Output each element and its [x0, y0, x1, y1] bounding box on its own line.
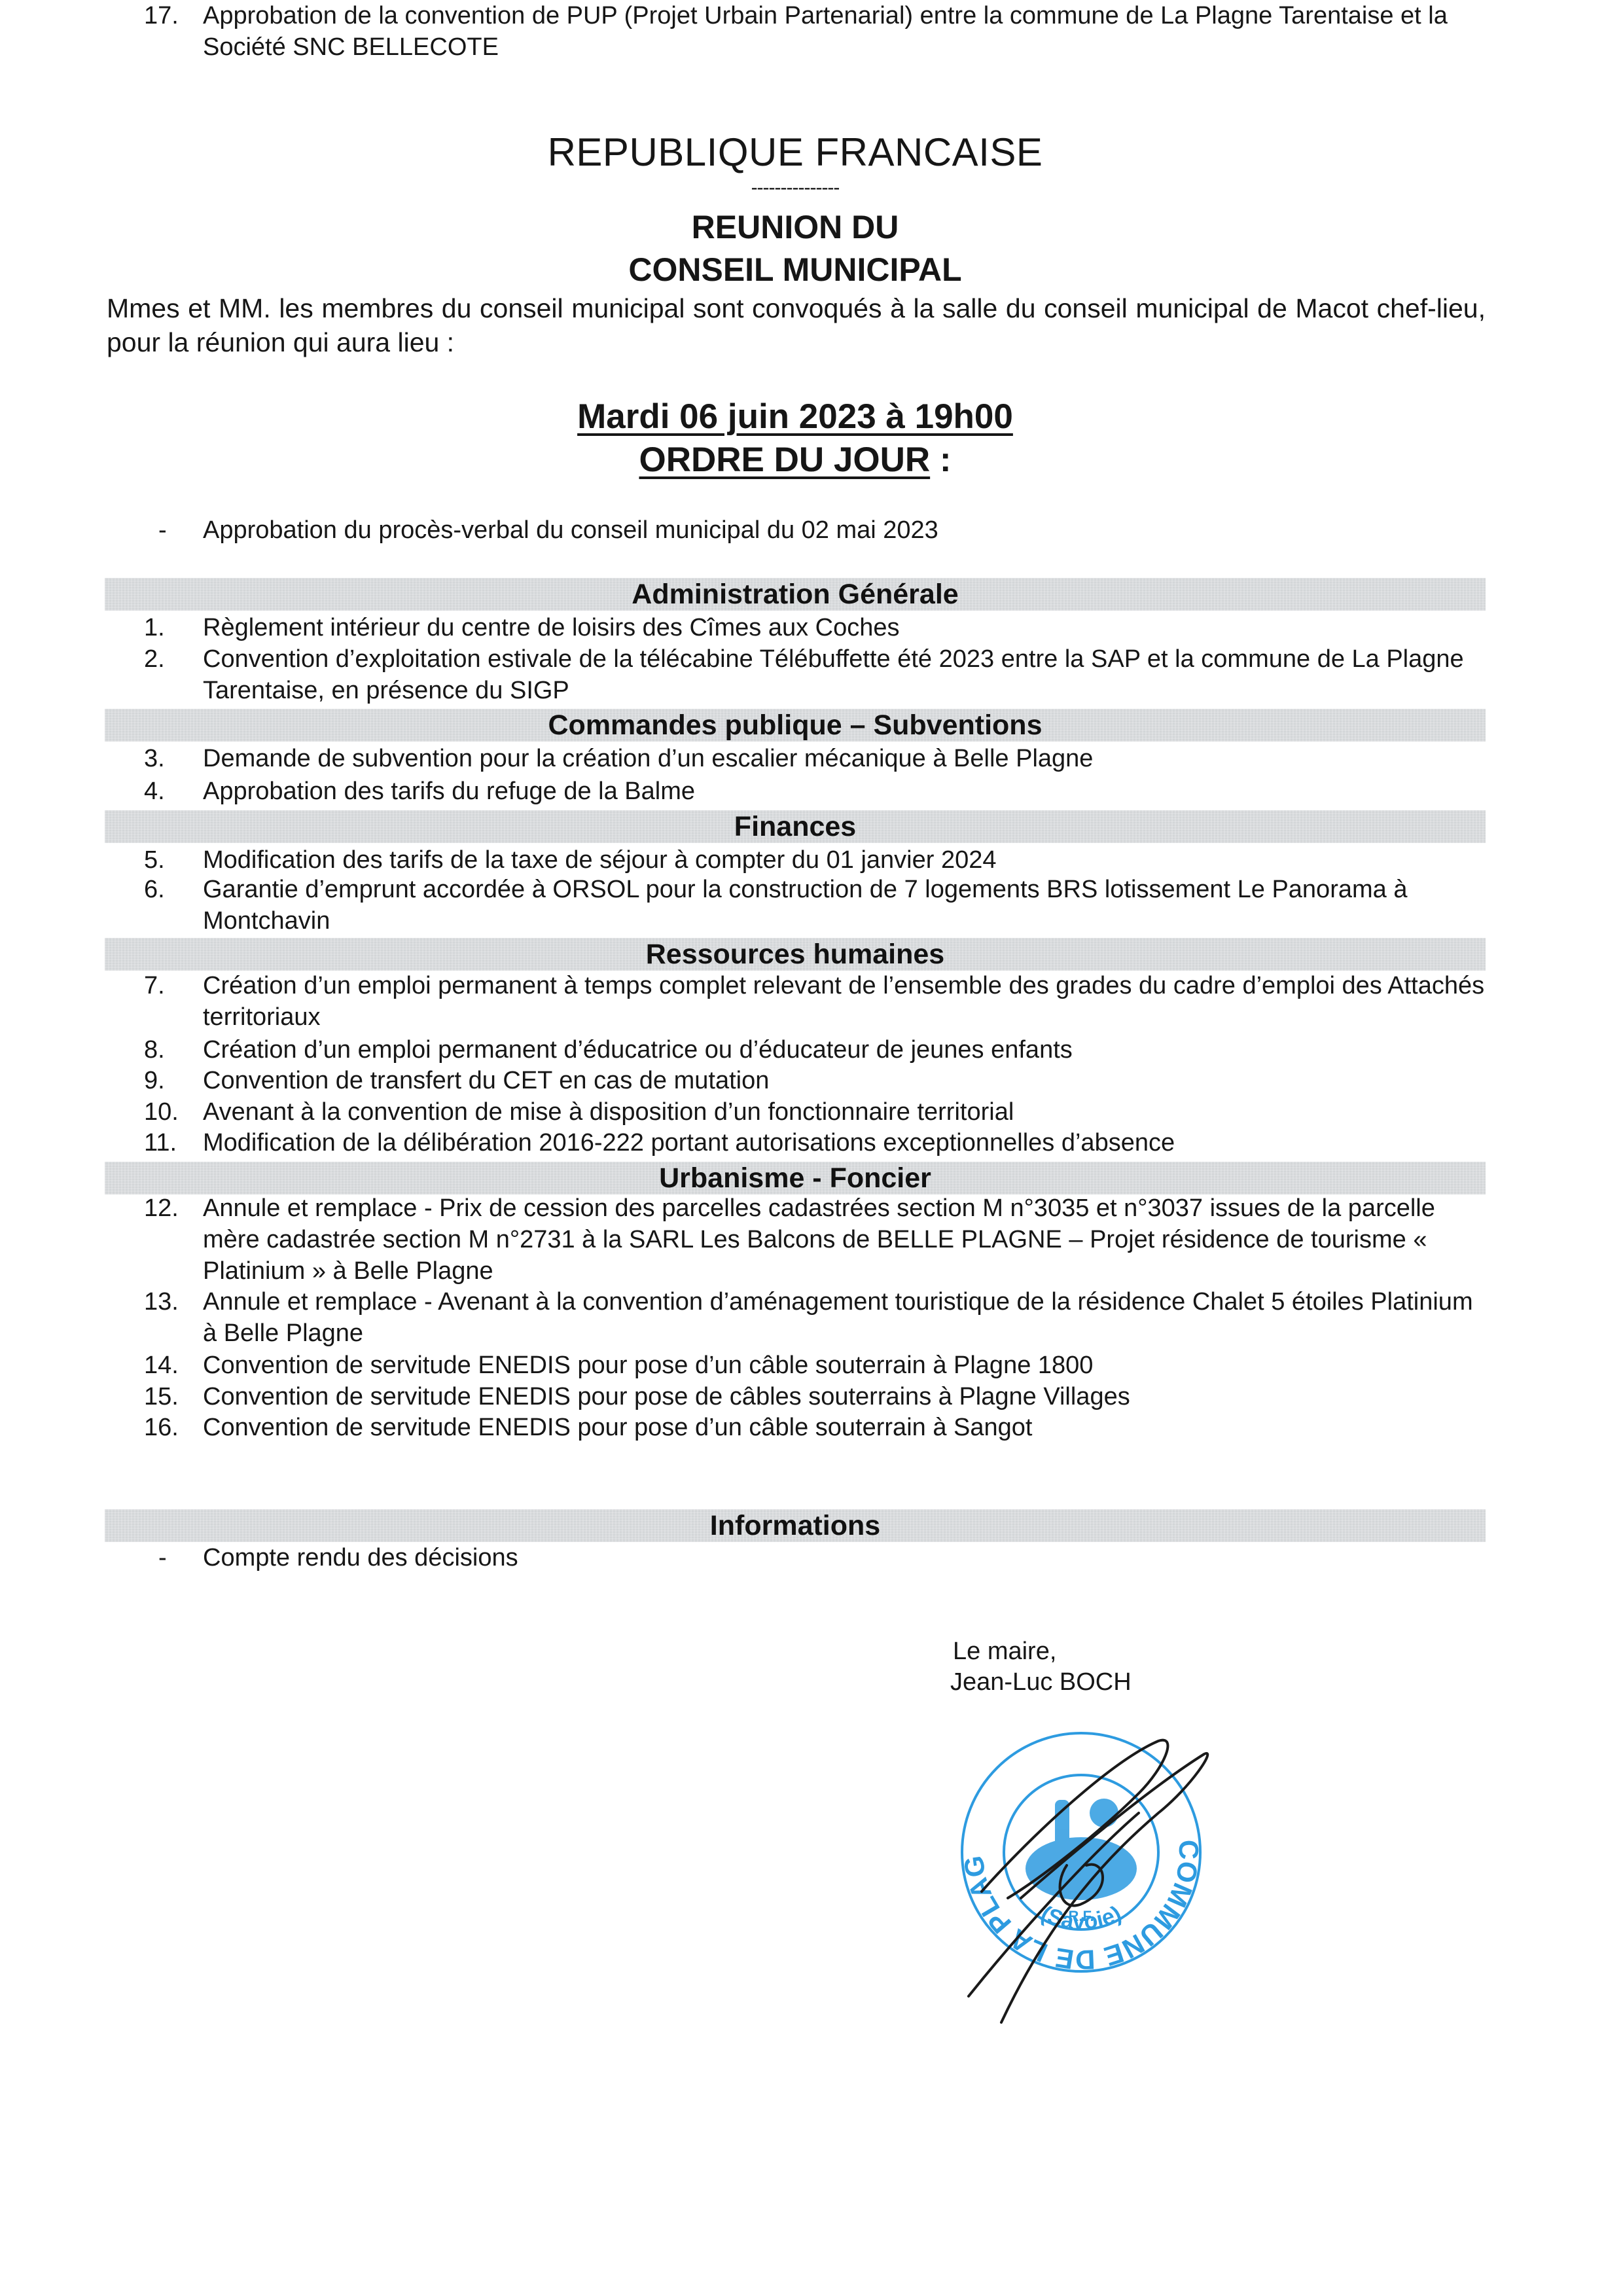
agenda-item-number: 13.	[144, 1286, 190, 1318]
agenda-item: 6.Garantie d’emprunt accordée à ORSOL po…	[105, 874, 1486, 937]
agenda-item: 16.Convention de servitude ENEDIS pour p…	[105, 1412, 1486, 1443]
agenda-item-number: 9.	[144, 1065, 190, 1096]
agenda-item: 13.Annule et remplace - Avenant à la con…	[105, 1286, 1486, 1349]
meeting-date: Mardi 06 juin 2023 à 19h00	[105, 397, 1486, 437]
agenda-item: 3.Demande de subvention pour la création…	[105, 743, 1486, 774]
agenda-item: 5.Modification des tarifs de la taxe de …	[105, 844, 1486, 876]
agenda-item-text: Convention de servitude ENEDIS pour pose…	[203, 1381, 1486, 1412]
agenda-item: 9.Convention de transfert du CET en cas …	[105, 1065, 1486, 1096]
agenda-item-number: 8.	[144, 1034, 190, 1066]
agenda-item-text: Convention de transfert du CET en cas de…	[203, 1065, 1486, 1096]
agenda-item-number: 17.	[144, 0, 190, 31]
agenda-item-text: Annule et remplace - Prix de cession des…	[203, 1193, 1486, 1287]
convocation-intro: Mmes et MM. les membres du conseil munic…	[107, 291, 1486, 359]
agenda-item-text: Annule et remplace - Avenant à la conven…	[203, 1286, 1486, 1349]
mayor-signature-icon	[942, 1715, 1243, 2042]
agenda-item-text: Modification des tarifs de la taxe de sé…	[203, 844, 1486, 876]
agenda-item-text: Modification de la délibération 2016-222…	[203, 1127, 1486, 1158]
agenda-item-text: Demande de subvention pour la création d…	[203, 743, 1486, 774]
agenda-item-text: Convention de servitude ENEDIS pour pose…	[203, 1350, 1486, 1381]
agenda-item: 12.Annule et remplace - Prix de cession …	[105, 1193, 1486, 1287]
agenda-item-text: Convention d’exploitation estivale de la…	[203, 643, 1486, 706]
agenda-item-number: 7.	[144, 970, 190, 1001]
agenda-item-text: Approbation de la convention de PUP (Pro…	[203, 0, 1486, 63]
agenda-item-number: 10.	[144, 1096, 190, 1128]
agenda-item-number: 2.	[144, 643, 190, 675]
agenda-item-number: 3.	[144, 743, 190, 774]
agenda-item-text: Garantie d’emprunt accordée à ORSOL pour…	[203, 874, 1486, 937]
agenda-item: 8.Création d’un emploi permanent d’éduca…	[105, 1034, 1486, 1066]
agenda-item: 11.Modification de la délibération 2016-…	[105, 1127, 1486, 1158]
header-separator: ---------------	[105, 177, 1486, 199]
agenda-item: 7.Création d’un emploi permanent à temps…	[105, 970, 1486, 1033]
signature-block: Le maire, Jean-Luc BOCH	[950, 1636, 1132, 1698]
agenda-item-text: Compte rendu des décisions	[203, 1542, 1486, 1573]
agenda-item-number: 6.	[144, 874, 190, 905]
agenda-item-number: 4.	[144, 776, 190, 807]
agenda-item: -Compte rendu des décisions	[105, 1542, 1486, 1573]
agenda-item-number: 16.	[144, 1412, 190, 1443]
preamble-marker: -	[158, 514, 204, 546]
agenda-item-number: 14.	[144, 1350, 190, 1381]
agenda-item-number: -	[158, 1542, 204, 1573]
agenda-item: 1.Règlement intérieur du centre de loisi…	[105, 612, 1486, 643]
agenda-item: 15.Convention de servitude ENEDIS pour p…	[105, 1381, 1486, 1412]
agenda-item: 14.Convention de servitude ENEDIS pour p…	[105, 1350, 1486, 1381]
agenda-item-number: 12.	[144, 1193, 190, 1224]
agenda-title-suffix: :	[930, 440, 951, 479]
meeting-date-text: Mardi 06 juin 2023 à 19h00	[577, 397, 1013, 436]
section-header: Informations	[105, 1509, 1486, 1542]
meeting-title-line2: CONSEIL MUNICIPAL	[105, 251, 1486, 289]
section-header: Urbanisme - Foncier	[105, 1162, 1486, 1194]
agenda-item-number: 5.	[144, 844, 190, 876]
agenda-item: 4.Approbation des tarifs du refuge de la…	[105, 776, 1486, 807]
signature-name: Jean-Luc BOCH	[950, 1667, 1132, 1698]
agenda-item-text: Avenant à la convention de mise à dispos…	[203, 1096, 1486, 1128]
agenda-item-text: Création d’un emploi permanent d’éducatr…	[203, 1034, 1486, 1066]
preamble-item: - Approbation du procès-verbal du consei…	[105, 514, 1486, 546]
signature-role: Le maire,	[950, 1636, 1132, 1667]
section-header: Administration Générale	[105, 578, 1486, 611]
republic-heading: REPUBLIQUE FRANCAISE	[105, 130, 1486, 175]
agenda-item-number: 15.	[144, 1381, 190, 1412]
agenda-item-text: Création d’un emploi permanent à temps c…	[203, 970, 1486, 1033]
agenda-title: ORDRE DU JOUR :	[105, 440, 1486, 480]
agenda-item: 17.Approbation de la convention de PUP (…	[105, 0, 1486, 63]
section-header: Finances	[105, 810, 1486, 843]
agenda-item-text: Approbation des tarifs du refuge de la B…	[203, 776, 1486, 807]
agenda-item-text: Convention de servitude ENEDIS pour pose…	[203, 1412, 1486, 1443]
meeting-title-line1: REUNION DU	[105, 208, 1486, 246]
agenda-item-text: Règlement intérieur du centre de loisirs…	[203, 612, 1486, 643]
section-header: Commandes publique – Subventions	[105, 709, 1486, 742]
agenda-item-number: 11.	[144, 1127, 190, 1158]
agenda-item: 10.Avenant à la convention de mise à dis…	[105, 1096, 1486, 1128]
section-header: Ressources humaines	[105, 938, 1486, 971]
agenda-item: 2.Convention d’exploitation estivale de …	[105, 643, 1486, 706]
preamble-text: Approbation du procès-verbal du conseil …	[203, 514, 1486, 546]
agenda-title-text: ORDRE DU JOUR	[639, 440, 930, 479]
agenda-item-number: 1.	[144, 612, 190, 643]
